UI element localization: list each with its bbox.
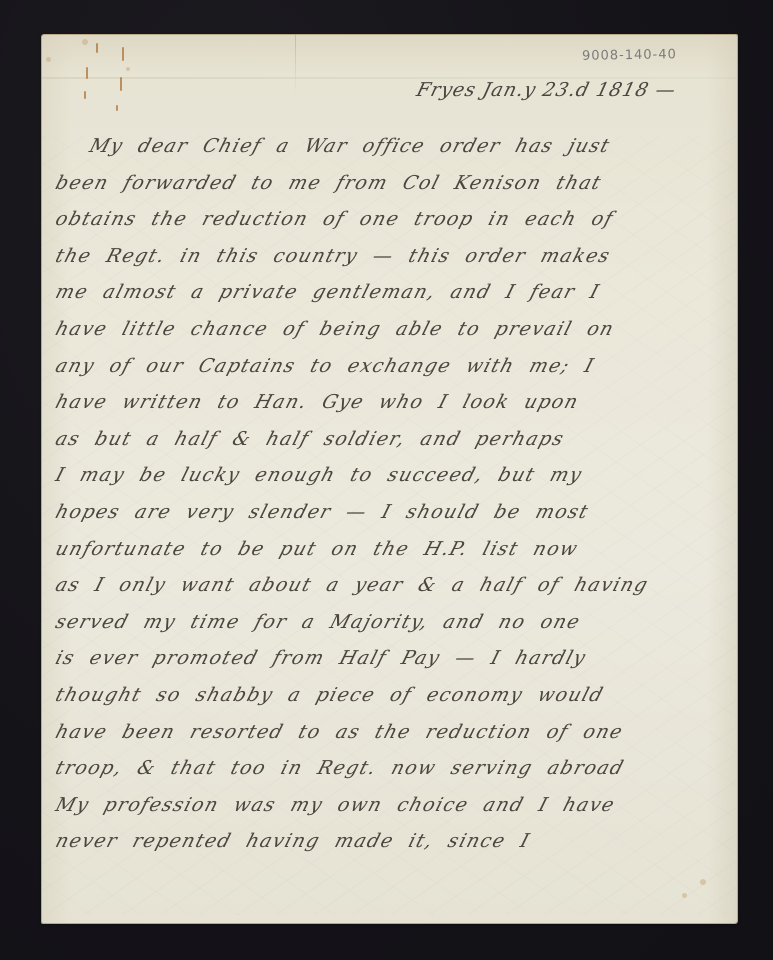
letter-line: I may be lucky enough to succeed, but my xyxy=(51,457,736,494)
letter-line: never repented having made it, since I xyxy=(51,823,736,860)
letter-body: My dear Chief a War office order has jus… xyxy=(56,128,731,860)
letter-line: me almost a private gentleman, and I fea… xyxy=(51,274,736,311)
letter-line: have been resorted to as the reduction o… xyxy=(51,714,736,751)
foxing-spot xyxy=(700,879,706,885)
letter-line: been forwarded to me from Col Kenison th… xyxy=(51,165,736,202)
foxing-spot xyxy=(46,57,51,62)
letter-line: troop, & that too in Regt. now serving a… xyxy=(51,750,736,787)
letter-line: unfortunate to be put on the H.P. list n… xyxy=(51,531,736,568)
letter-line: as I only want about a year & a half of … xyxy=(51,567,736,604)
letter-line: obtains the reduction of one troop in ea… xyxy=(51,201,736,238)
letter-line: have written to Han. Gye who I look upon xyxy=(51,384,736,421)
ink-stain-mark xyxy=(122,47,124,61)
ink-stain-mark xyxy=(96,43,98,53)
ink-stain-mark xyxy=(84,91,86,99)
ink-stain-mark xyxy=(116,105,118,111)
letter-line: any of our Captains to exchange with me;… xyxy=(51,348,736,385)
foxing-spot xyxy=(682,893,687,898)
foxing-spot xyxy=(82,39,88,45)
letter-sheet: 9008-140-40 Fryes Jan.y 23.d 1818 — My d… xyxy=(42,35,737,923)
letter-line: the Regt. in this country — this order m… xyxy=(51,238,736,275)
foxing-spot xyxy=(126,67,130,71)
ink-stain-mark xyxy=(120,77,122,91)
archive-accession-number: 9008-140-40 xyxy=(582,47,677,64)
fold-crease-vertical xyxy=(295,35,296,95)
letter-line: as but a half & half soldier, and perhap… xyxy=(51,421,736,458)
letter-dateline: Fryes Jan.y 23.d 1818 — xyxy=(414,79,678,101)
letter-line: thought so shabby a piece of economy wou… xyxy=(51,677,736,714)
letter-line: hopes are very slender — I should be mos… xyxy=(51,494,736,531)
letter-line: My profession was my own choice and I ha… xyxy=(51,787,736,824)
letter-line: have little chance of being able to prev… xyxy=(51,311,736,348)
letter-line: is ever promoted from Half Pay — I hardl… xyxy=(51,640,736,677)
letter-line: served my time for a Majority, and no on… xyxy=(51,604,736,641)
letter-line: My dear Chief a War office order has jus… xyxy=(51,128,736,165)
ink-stain-mark xyxy=(86,67,88,79)
